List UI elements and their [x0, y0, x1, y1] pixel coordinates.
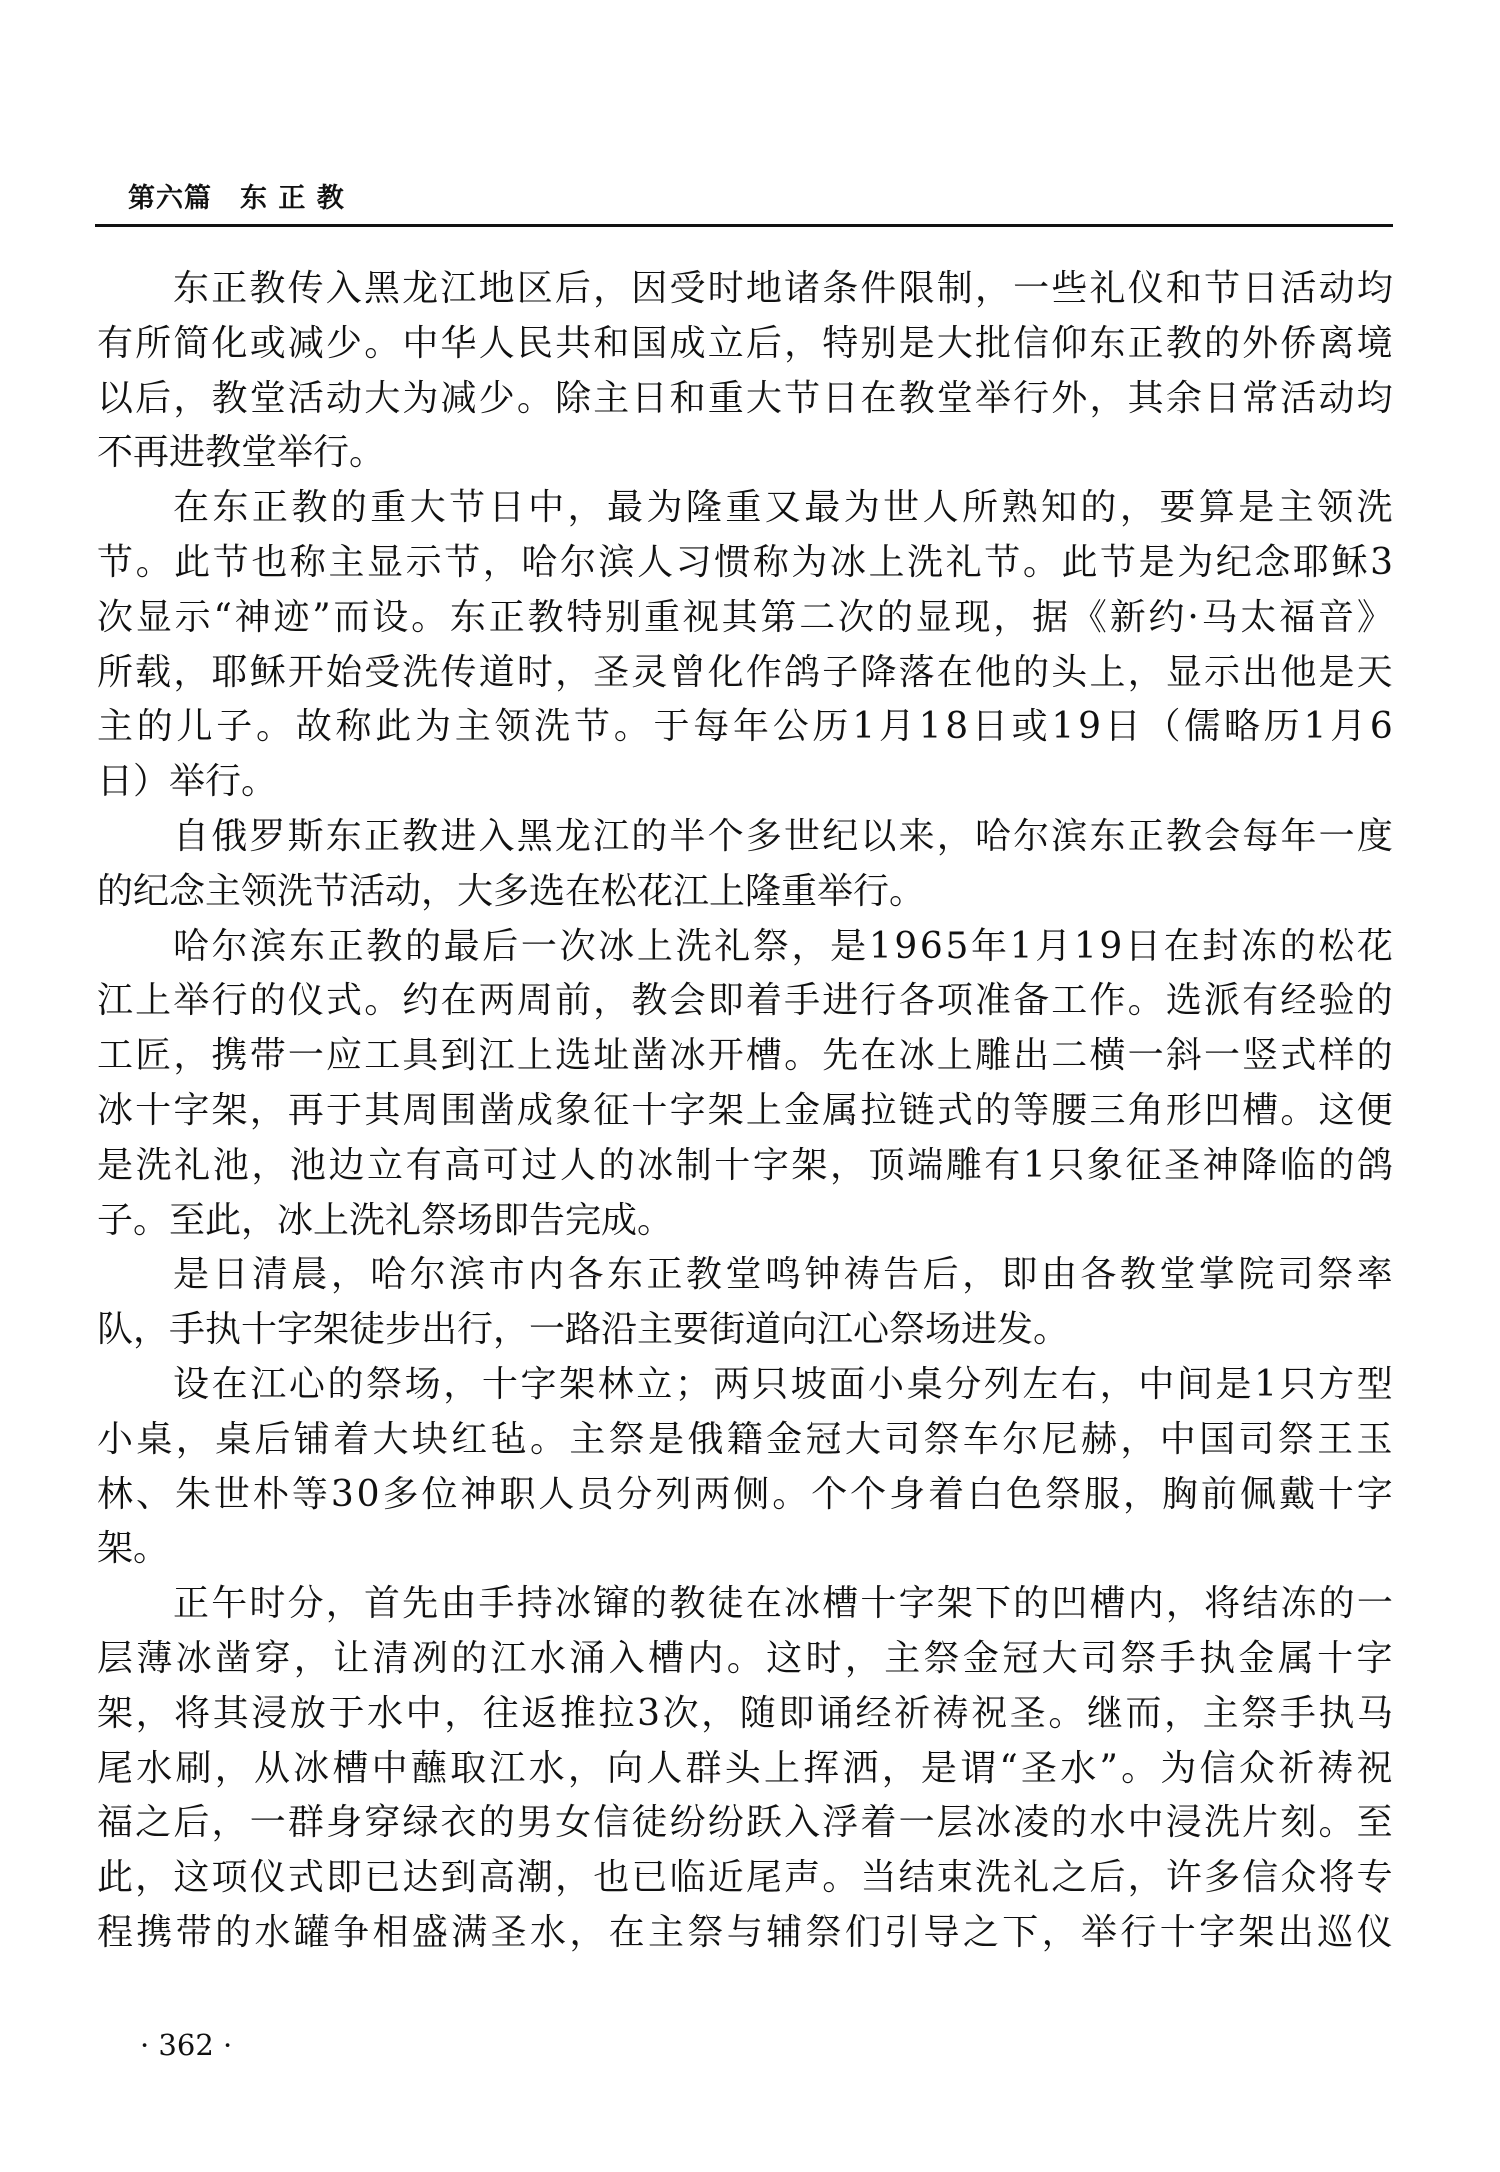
text-line: 层薄冰凿穿，让清冽的江水涌入槽内。这时，主祭金冠大司祭手执金属十字 [97, 1632, 1393, 1687]
text-line: 哈尔滨东正教的最后一次冰上洗礼祭，是1965年1月19日在封冻的松花 [97, 920, 1393, 975]
text-line: 次显示“神迹”而设。东正教特别重视其第二次的显现，据《新约·马太福音》 [97, 591, 1393, 646]
text-line: 架，将其浸放于水中，往返推拉3次，随即诵经祈祷祝圣。继而，主祭手执马 [97, 1687, 1393, 1742]
text-line: 子。至此，冰上洗礼祭场即告完成。 [97, 1194, 1393, 1249]
text-line: 尾水刷，从冰槽中蘸取江水，向人群头上挥洒，是谓“圣水”。为信众祈祷祝 [97, 1742, 1393, 1797]
text-line: 自俄罗斯东正教进入黑龙江的半个多世纪以来，哈尔滨东正教会每年一度 [97, 810, 1393, 865]
text-line: 程携带的水罐争相盛满圣水，在主祭与辅祭们引导之下，举行十字架出巡仪 [97, 1906, 1393, 1961]
body-text: 东正教传入黑龙江地区后，因受时地诸条件限制，一些礼仪和节日活动均有所简化或减少。… [97, 262, 1393, 1961]
text-line: 不再进教堂举行。 [97, 426, 1393, 481]
text-line: 工匠，携带一应工具到江上选址凿冰开槽。先在冰上雕出二横一斜一竖式样的 [97, 1029, 1393, 1084]
text-line: 节。此节也称主显示节，哈尔滨人习惯称为冰上洗礼节。此节是为纪念耶稣3 [97, 536, 1393, 591]
text-line: 的纪念主领洗节活动，大多选在松花江上隆重举行。 [97, 865, 1393, 920]
text-line: 是日清晨，哈尔滨市内各东正教堂鸣钟祷告后，即由各教堂掌院司祭率 [97, 1248, 1393, 1303]
text-line: 福之后，一群身穿绿衣的男女信徒纷纷跃入浮着一层冰凌的水中浸洗片刻。至 [97, 1796, 1393, 1851]
text-line: 架。 [97, 1522, 1393, 1577]
text-line: 江上举行的仪式。约在两周前，教会即着手进行各项准备工作。选派有经验的 [97, 974, 1393, 1029]
text-line: 设在江心的祭场，十字架林立；两只坡面小桌分列左右，中间是1只方型 [97, 1358, 1393, 1413]
text-line: 东正教传入黑龙江地区后，因受时地诸条件限制，一些礼仪和节日活动均 [97, 262, 1393, 317]
running-header: 第六篇 东 正 教 [128, 176, 345, 215]
text-line: 冰十字架，再于其周围凿成象征十字架上金属拉链式的等腰三角形凹槽。这便 [97, 1084, 1393, 1139]
text-line: 日）举行。 [97, 755, 1393, 810]
text-line: 所载，耶稣开始受洗传道时，圣灵曾化作鸽子降落在他的头上，显示出他是天 [97, 646, 1393, 701]
text-line: 此，这项仪式即已达到高潮，也已临近尾声。当结束洗礼之后，许多信众将专 [97, 1851, 1393, 1906]
text-line: 是洗礼池，池边立有高可过人的冰制十字架，顶端雕有1只象征圣神降临的鸽 [97, 1139, 1393, 1194]
text-line: 林、朱世朴等30多位神职人员分列两侧。个个身着白色祭服，胸前佩戴十字 [97, 1468, 1393, 1523]
text-line: 以后，教堂活动大为减少。除主日和重大节日在教堂举行外，其余日常活动均 [97, 372, 1393, 427]
text-line: 小桌，桌后铺着大块红毡。主祭是俄籍金冠大司祭车尔尼赫，中国司祭王玉 [97, 1413, 1393, 1468]
text-line: 正午时分，首先由手持冰镩的教徒在冰槽十字架下的凹槽内，将结冻的一 [97, 1577, 1393, 1632]
text-line: 主的儿子。故称此为主领洗节。于每年公历1月18日或19日（儒略历1月6 [97, 700, 1393, 755]
page-number: · 362 · [140, 2028, 232, 2062]
text-line: 在东正教的重大节日中，最为隆重又最为世人所熟知的，要算是主领洗 [97, 481, 1393, 536]
text-line: 队，手执十字架徒步出行，一路沿主要街道向江心祭场进发。 [97, 1303, 1393, 1358]
header-rule [95, 224, 1393, 227]
text-line: 有所简化或减少。中华人民共和国成立后，特别是大批信仰东正教的外侨离境 [97, 317, 1393, 372]
